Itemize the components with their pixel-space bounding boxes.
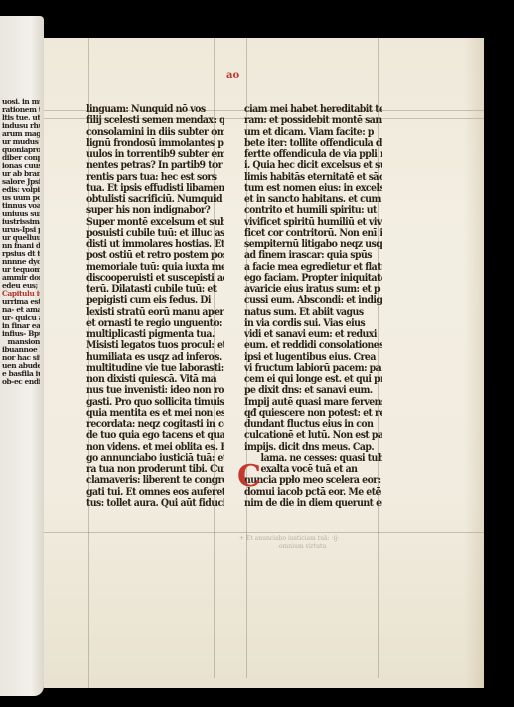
left-text-line: edis: volpiu — [2, 186, 40, 194]
left-text-line: urrima est qur — [2, 298, 40, 306]
text-line: tua. Et ipsis effudisti libamen: — [86, 183, 224, 194]
text-line: et in sancto habitans. et cum — [244, 194, 382, 205]
left-text-line: uen abuder ot — [2, 362, 40, 370]
text-line: quia mentita es et mei non es — [86, 408, 224, 419]
text-line: gasti. Pro quo sollicita timuisti: — [86, 397, 224, 408]
folio-mark: ao — [226, 70, 239, 81]
left-text-line: ur- quicu ab — [2, 314, 40, 322]
text-line: uulos in torrentib9 subter emi — [86, 149, 224, 160]
left-text-line: diber conp go — [2, 154, 40, 162]
text-line: obtulisti sacrificiū. Numquid — [86, 194, 224, 205]
red-initial-c: C — [237, 462, 261, 492]
left-text-line: in finar eaute — [2, 322, 40, 330]
left-text-line: rpsius dt tur — [2, 250, 40, 258]
text-line: non dixisti quiescā. Vitā ma — [86, 374, 224, 385]
left-text-line: uniuus suni — [2, 210, 40, 218]
left-text-line: nor hac sit a — [2, 354, 40, 362]
left-text-line: nnnne dyo — [2, 258, 40, 266]
left-text-line: Capitulu iu — [2, 290, 40, 298]
text-line: clamaveris: liberent te congre — [86, 475, 224, 486]
text-line: nuncia ppło meo scelera eor: et — [244, 475, 382, 486]
left-text-line: uosi. in mul- — [2, 98, 40, 106]
left-text-line: ob-ec endis — [2, 378, 40, 386]
text-line: multiplicasti pigmenta tua. — [86, 329, 224, 340]
text-line: ciam mei habet hereditabit ter — [244, 104, 382, 115]
text-line: bete iter: tollite offendicula de — [244, 138, 382, 149]
text-line: vidi et sanavi eum: et reduxi — [244, 329, 382, 340]
text-line: Misisti legatos tuos procul: et — [86, 340, 224, 351]
text-line: Impij autē quasi mare fervens — [244, 397, 382, 408]
left-text-line: na- et amaid — [2, 306, 40, 314]
text-line: posuisti cubile tuū: et illuc ascen — [86, 228, 224, 239]
left-text-line: e basfila iur — [2, 370, 40, 378]
left-text-line: ltis tue. ut inc — [2, 114, 40, 122]
text-line: ego faciam. Propter iniquitatem — [244, 273, 382, 284]
left-text-line: rationem tedic — [2, 106, 40, 114]
text-line: in via cordis sui. Vias eius — [244, 318, 382, 329]
text-column-left: linguam: Nunquid nō vosfilij scelesti se… — [86, 104, 236, 509]
text-line: limis habitās eternitatē et sāc — [244, 172, 382, 183]
text-line: ficet cor contritorū. Non enī in — [244, 228, 382, 239]
text-line: nus tue invenisti: ideo non ro — [86, 385, 224, 396]
text-line: culcationē et lutū. Non est pax — [244, 430, 382, 441]
text-line: multitudine vie tue laborasti: — [86, 363, 224, 374]
margin-note-line: omnium virtutu — [239, 543, 339, 551]
text-line: discooperuisti et suscepisti adul — [86, 273, 224, 284]
left-text-line: iustrissima — [2, 218, 40, 226]
text-line: nim de die in diem querunt et sci — [244, 498, 382, 509]
left-text-line: us uum po ab — [2, 194, 40, 202]
left-text-line: arum mag firmu — [2, 130, 40, 138]
text-line: tus: tollet aura. Qui aūt fiduci — [86, 498, 224, 509]
text-line: lignū frondosū immolantes p — [86, 138, 224, 149]
margin-note-line: + Et anunciabo iusticiam tuā: ·ij· — [239, 535, 339, 543]
left-text-line: edeu eus; d t — [2, 282, 40, 290]
left-text-line: ammir done — [2, 274, 40, 282]
text-column-right: ciam mei habet hereditabit terram: et po… — [244, 104, 394, 509]
text-line: consolamini in diis subter omnē — [86, 127, 224, 138]
text-line: ad finem irascar: quia spūs — [244, 250, 382, 261]
left-text-line: ur ab brandu — [2, 170, 40, 178]
text-line: um et dicam. Viam facite: p — [244, 127, 382, 138]
left-page-text: uosi. in mul-rationem tedicltis tue. ut … — [2, 98, 40, 386]
left-text-line: ur quelluu — [2, 234, 40, 242]
text-line: sempiternū litigabo neqz usqz — [244, 239, 382, 250]
text-line: recordata: neqz cogitasti in cor — [86, 419, 224, 430]
text-line: nentes petras? In partib9 tor — [86, 160, 224, 171]
text-line: pe dixit dns: et sanavi eum. — [244, 385, 382, 396]
text-line: non videns. et mei oblita es. E — [86, 442, 224, 453]
text-line: ra tua non proderunt tibi. Cum — [86, 464, 224, 475]
left-text-line: tinnus voa-t — [2, 202, 40, 210]
text-line: cussi eum. Abscondi: et indig — [244, 295, 382, 306]
left-facing-page: uosi. in mul-rationem tedicltis tue. ut … — [0, 16, 44, 696]
text-line: linguam: Nunquid nō vos — [86, 104, 224, 115]
text-line: humiliata es usqz ad inferos. In — [86, 352, 224, 363]
ruling-line — [44, 532, 484, 533]
left-text-line: ur tequom — [2, 266, 40, 274]
text-line: impijs. dicit dns meus. Cap. — [244, 442, 382, 453]
left-text-line: urus-Ipsi pa — [2, 226, 40, 234]
left-text-line: infius- Bpur — [2, 330, 40, 338]
text-line: gati tui. Et omnes eos auferet ve — [86, 487, 224, 498]
text-line: natus sum. Et abiit vagus — [244, 307, 382, 318]
text-line: fertte offendicula de via ppli me — [244, 149, 382, 160]
text-line: qđ quiescere non potest: et re — [244, 408, 382, 419]
text-line: post ostiū et retro postem posuisti — [86, 250, 224, 261]
text-line: et ornasti te regio unguento: et — [86, 318, 224, 329]
text-line: dundant fluctus eius in con — [244, 419, 382, 430]
text-line: vi fructum labiorū pacem: pa — [244, 363, 382, 374]
left-text-line: salore Jpsi ds — [2, 178, 40, 186]
left-text-line: quoniapropher — [2, 146, 40, 154]
left-text-line: ibuannoe lu — [2, 346, 40, 354]
left-text-line: ionas cuus ac — [2, 162, 40, 170]
text-line: cem ei qui longe est. et qui pro — [244, 374, 382, 385]
left-text-line: indusu rhum — [2, 122, 40, 130]
text-line: go annunciabo iusticiā tuā: et ope — [86, 453, 224, 464]
text-line: a facie mea egredietur et flatū — [244, 262, 382, 273]
left-text-line: mansion — [2, 338, 40, 346]
text-line: exalta vocē tuā et an — [244, 464, 382, 475]
text-line: pepigisti cum eis fedus. Di — [86, 295, 224, 306]
text-line: disti ut immolares hostias. Et — [86, 239, 224, 250]
text-line: super his non indignabor? — [86, 205, 224, 216]
text-line: lama. ne cesses: quasi tuba. lviij. — [244, 453, 382, 464]
text-line: eum. et reddidi consolationes — [244, 340, 382, 351]
text-line: avaricie eius iratus sum: et p — [244, 284, 382, 295]
text-line: memoriale tuū: quia iuxta me — [86, 262, 224, 273]
text-line: rentis pars tua: hec est sors — [86, 172, 224, 183]
text-line: i. Quia hec dicit excelsus et sub — [244, 160, 382, 171]
text-line: vivificet spiritū humiliū et vivi — [244, 217, 382, 228]
margin-note: + Et anunciabo iusticiam tuā: ·ij· omniu… — [239, 535, 339, 551]
text-line: de tuo quia ego tacens et quasi — [86, 430, 224, 441]
right-page: ao linguam: Nunquid nō vosfilij scelesti… — [44, 38, 484, 688]
left-text-line: nn fnani deu — [2, 242, 40, 250]
text-line: domui iacob pctā eor. Me etē — [244, 487, 382, 498]
left-text-line: ur mudus plag — [2, 138, 40, 146]
text-line: contrito et humili spiritu: ut — [244, 205, 382, 216]
text-line: filij scelesti semen mendax: qui — [86, 115, 224, 126]
text-line: ipsi et lugentibus eius. Crea — [244, 352, 382, 363]
text-line: terū. Dilatasti cubile tuū: et — [86, 284, 224, 295]
text-line: Super montē excelsum et sublimē — [86, 217, 224, 228]
text-line: lexisti stratū eorū manu aperta: — [86, 307, 224, 318]
text-line: tum est nomen eius: in excelso — [244, 183, 382, 194]
text-line: ram: et possidebit montē sanctū me — [244, 115, 382, 126]
